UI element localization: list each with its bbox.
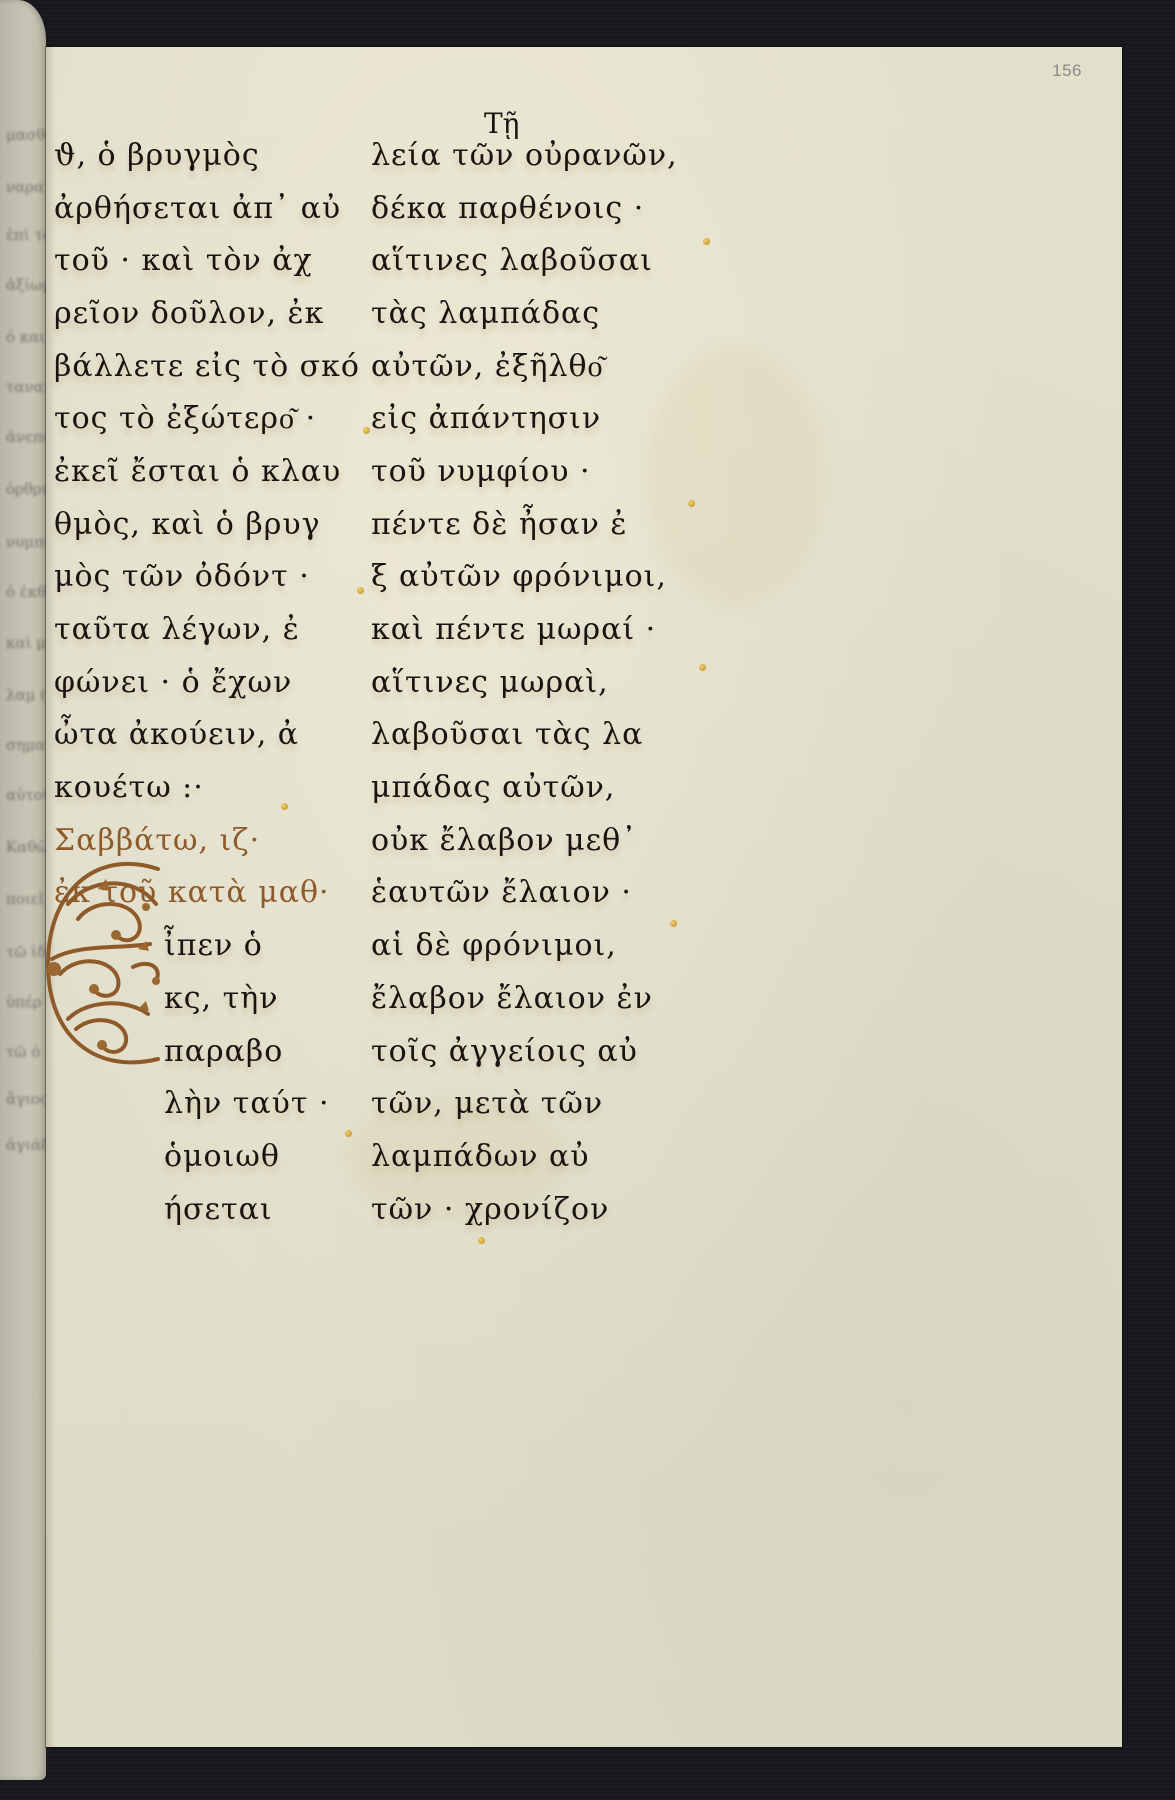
text-line: ἀρθήσεται ἀπ᾽ αὐ <box>54 182 374 235</box>
folio-number: 156 <box>1052 61 1082 81</box>
text-line: τῶν, μετὰ τῶν <box>371 1077 771 1130</box>
text-line: μπάδας αὐτῶν, <box>371 761 771 814</box>
bleed-text: ταναπι <box>6 380 46 395</box>
text-line: αἱ δὲ φρόνιμοι, <box>371 919 771 972</box>
bleed-text: καὶ μ <box>6 636 46 651</box>
text-line: τος τὸ ἐξώτερο͂ · <box>54 392 374 445</box>
bleed-text: νυμπα <box>6 535 46 550</box>
text-line: αἵτινες λαβοῦσαι <box>371 234 771 287</box>
text-line: τοῦ νυμφίου · <box>371 445 771 498</box>
gold-punctuation-icon <box>670 920 677 927</box>
text-line: μὸς τῶν ὀδόντ · <box>54 551 374 604</box>
text-line: ρεῖον δοῦλον, ἐκ <box>54 287 374 340</box>
bleed-text: ὁ ἐκθ <box>6 585 46 600</box>
bleed-text: ἄγιος <box>6 1092 46 1107</box>
text-line: θμὸς, καὶ ὁ βρυγ <box>54 498 374 551</box>
gold-punctuation-icon <box>699 664 706 671</box>
text-line: ήσεται <box>54 1183 374 1236</box>
text-line: ἑαυτῶν ἔλαιον · <box>371 867 771 920</box>
text-line: ἐκεῖ ἔσται ὁ κλαυ <box>54 445 374 498</box>
text-line: λὴν ταύτ · <box>54 1077 374 1130</box>
text-line: αἵτινες μωραὶ, <box>371 656 771 709</box>
text-line: τὰς λαμπάδας <box>371 287 771 340</box>
text-line: τοῖς ἀγγείοις αὐ <box>371 1025 771 1078</box>
gold-punctuation-icon <box>357 587 364 594</box>
text-line: πέντε δὲ ἦσαν ἐ <box>371 498 771 551</box>
text-line: τῶν · χρονίζον <box>371 1183 771 1236</box>
text-line: εἰς ἀπάντησιν <box>371 392 771 445</box>
bleed-text: ἀνεπαύ <box>6 430 46 445</box>
text-line: καὶ πέντε μωραί · <box>371 603 771 656</box>
text-line: ὁμοιωθ <box>54 1130 374 1183</box>
text-line: δέκα παρθένοις · <box>371 182 771 235</box>
text-line: ὦτα ἀκούειν, ἀ <box>54 709 374 762</box>
gold-punctuation-icon <box>688 500 695 507</box>
text-line: λαμπάδων αὐ <box>371 1130 771 1183</box>
bleed-text: ἐπὶ ταῖς <box>6 228 46 243</box>
decorated-initial-icon <box>38 849 188 1079</box>
gold-punctuation-icon <box>281 803 288 810</box>
text-line: αὐτῶν, ἐξῆλθο͂ <box>371 340 771 393</box>
bleed-text: σημα <box>6 738 46 753</box>
bleed-text: μασθήσετ <box>6 128 46 143</box>
text-line: οὐκ ἔλαβον μεθ᾽ <box>371 814 771 867</box>
text-line: τοῦ · καὶ τὸν ἀχ <box>54 234 374 287</box>
gold-punctuation-icon <box>345 1130 352 1137</box>
gold-punctuation-icon <box>478 1237 485 1244</box>
text-line: κουέτω :· <box>54 761 374 814</box>
text-line: ταῦτα λέγων, ἐ <box>54 603 374 656</box>
bleed-text: ναρα · <box>6 180 46 195</box>
gold-punctuation-icon <box>703 238 710 245</box>
text-line: ἔλαβον ἔλαιον ἐν <box>371 972 771 1025</box>
text-line: ϑ, ὁ βρυγμὸς <box>54 129 374 182</box>
bleed-text: ὁρθρινο <box>6 482 46 497</box>
manuscript-folio: 156 Τῇ ϑ, ὁ βρυγμὸς ἀρθήσεται ἀπ᾽ αὐ τοῦ… <box>46 47 1122 1747</box>
text-line: βάλλετε εἰς τὸ σκό <box>54 340 374 393</box>
text-line: λεία τῶν οὐρανῶν, <box>371 129 771 182</box>
gold-punctuation-icon <box>363 427 370 434</box>
bleed-text: ὁ καιρὸς <box>6 330 46 345</box>
bleed-text: ἀξίωμα <box>6 278 46 293</box>
bleed-text: λαμ ( <box>6 688 46 703</box>
bleed-text: ἁγιάζ <box>6 1138 46 1153</box>
text-line: λαβοῦσαι τὰς λα <box>371 709 771 762</box>
right-column: λεία τῶν οὐρανῶν, δέκα παρθένοις · αἵτιν… <box>371 129 771 1235</box>
text-line: ξ αὐτῶν φρόνιμοι, <box>371 551 771 604</box>
text-line: φώνει · ὁ ἔχων <box>54 656 374 709</box>
bleed-text: αὐτοῦ ὁ <box>6 788 46 803</box>
